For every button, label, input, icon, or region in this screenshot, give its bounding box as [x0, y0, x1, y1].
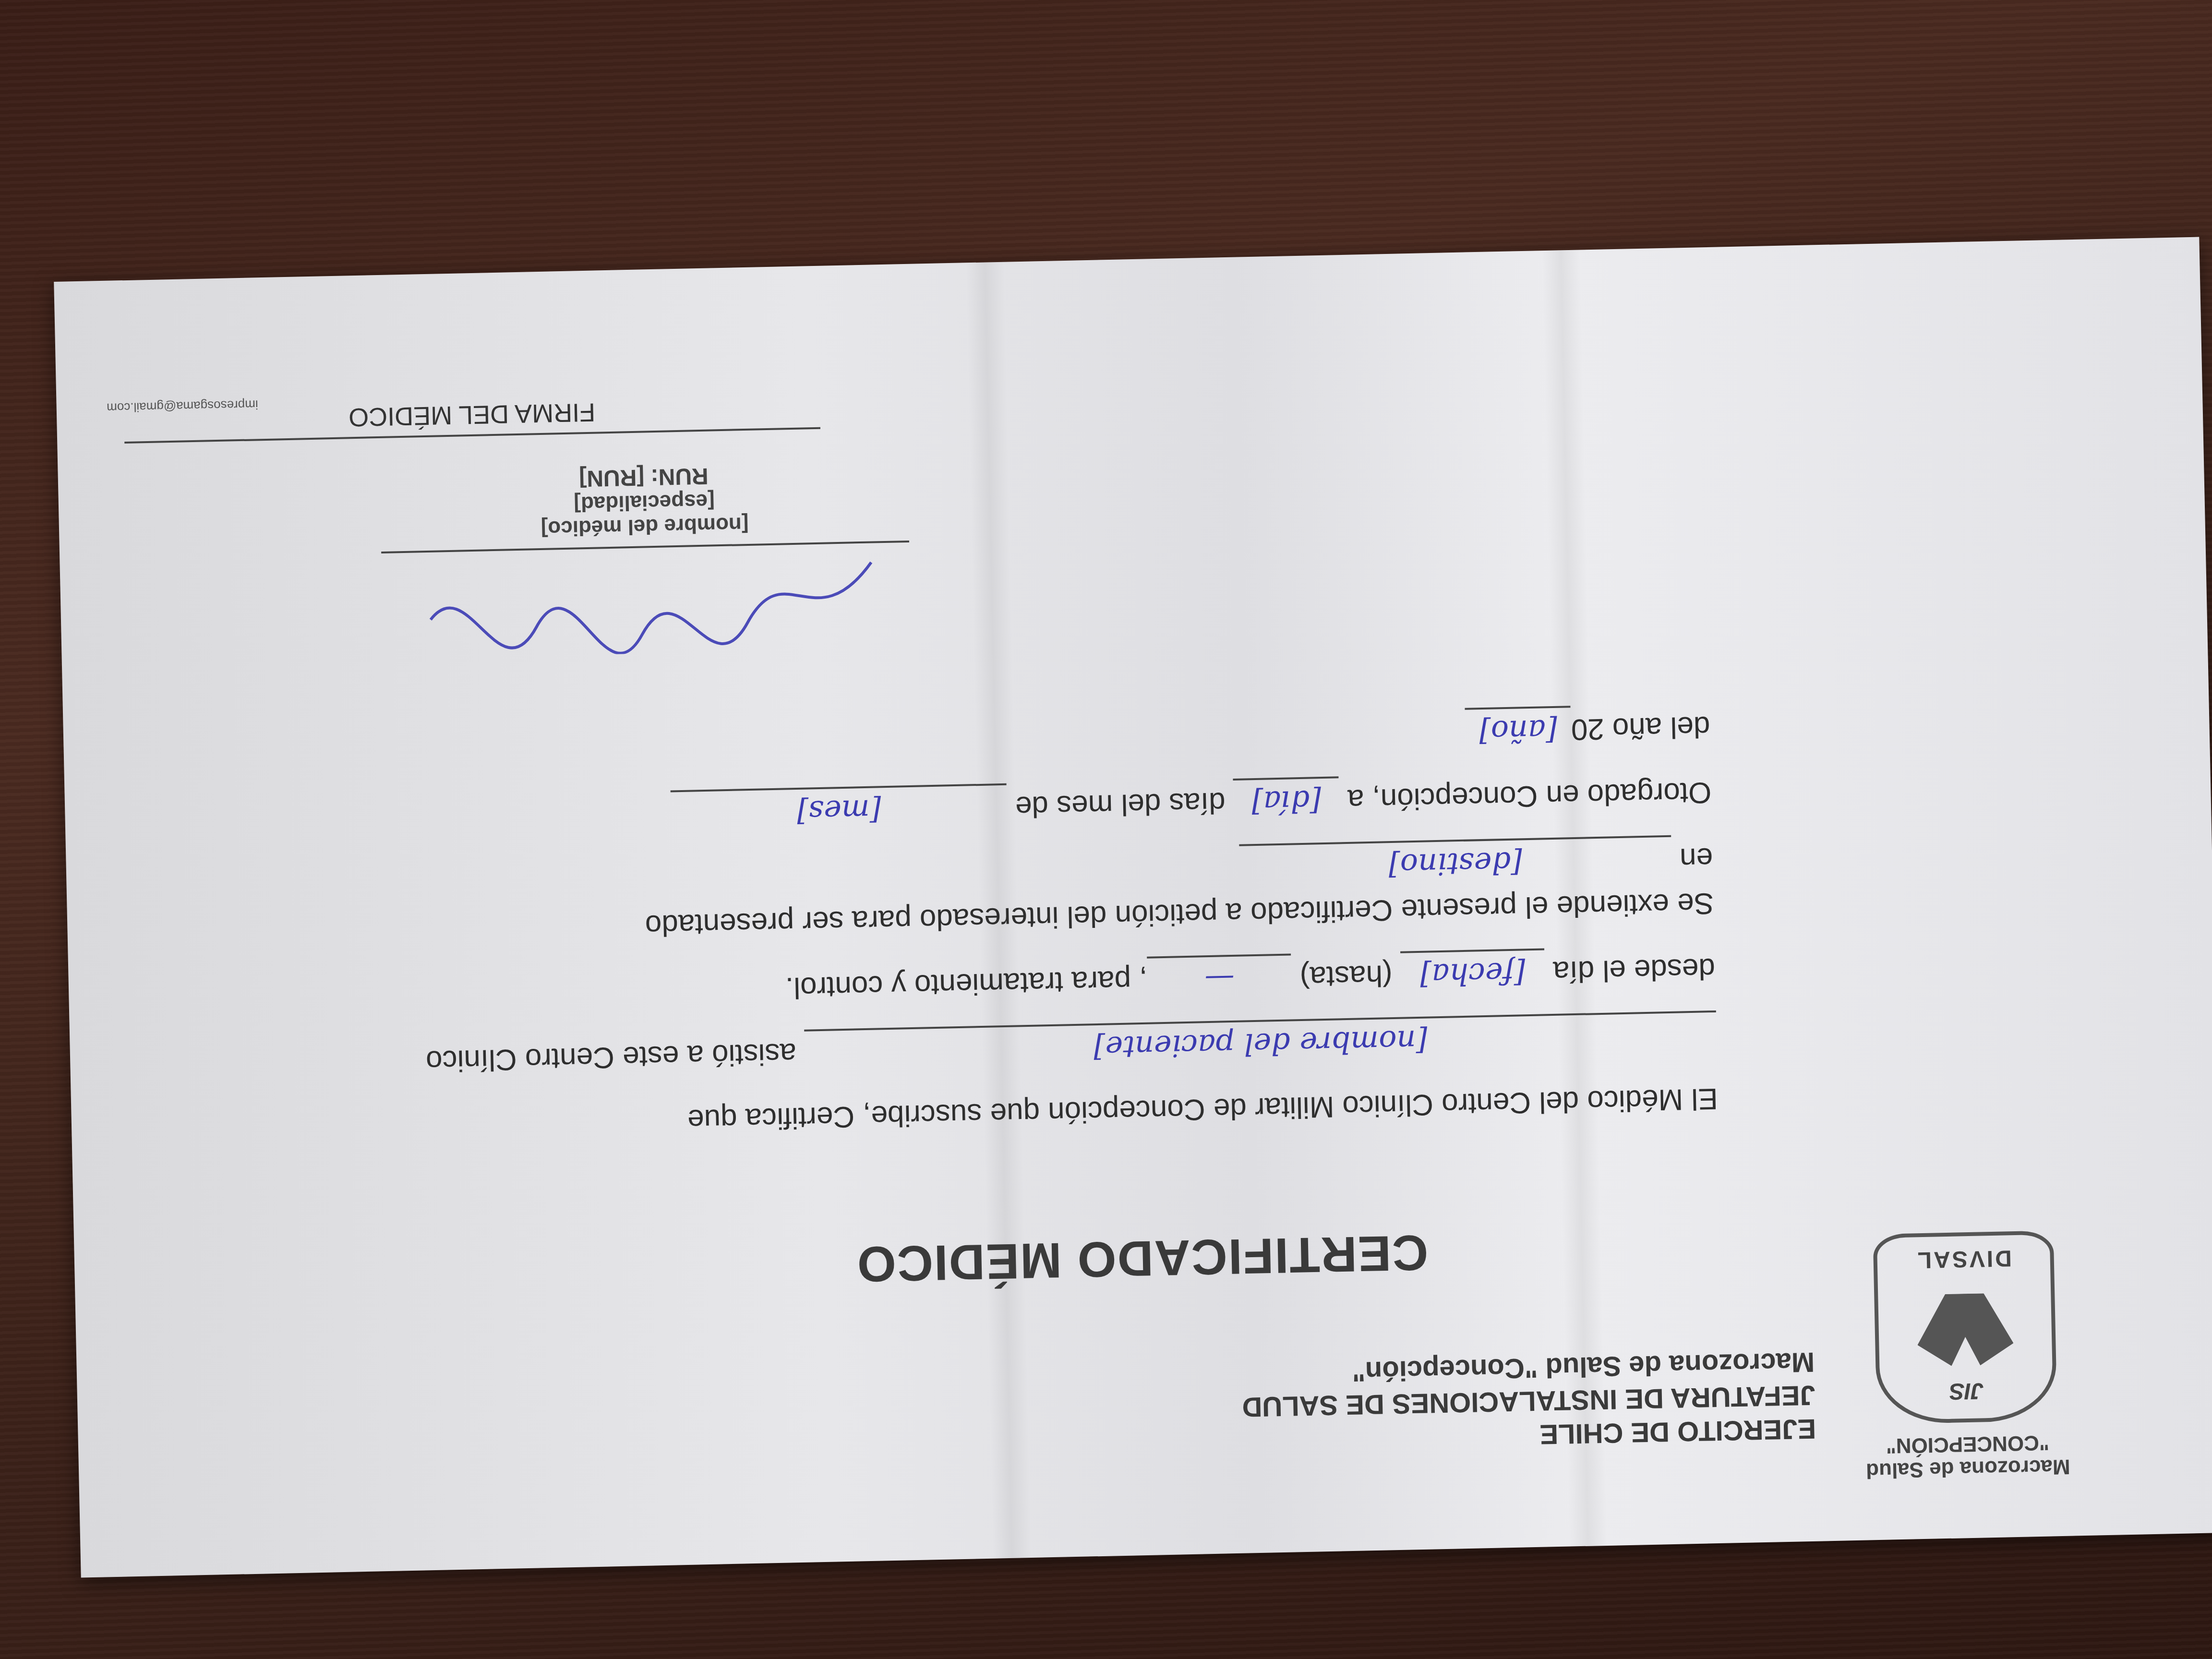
- certificate-content: Macrozona de Salud "CONCEPCIÓN" JIS DIVS…: [54, 237, 2212, 1577]
- certificate-body: El Médico del Centro Clínico Militar de …: [174, 703, 1719, 1153]
- patient-name-field[interactable]: [nombre del paciente]: [804, 1010, 1717, 1076]
- intro-text: El Médico del Centro Clínico Militar de …: [181, 1076, 1718, 1153]
- certificate-paper: Macrozona de Salud "CONCEPCIÓN" JIS DIVS…: [54, 237, 2212, 1577]
- logo-caption-line2: "CONCEPCIÓN": [1854, 1430, 2080, 1458]
- doctor-stamp: [nombre del médico] [especialidad] RUN: …: [380, 458, 912, 659]
- year-label: del año 20: [1571, 710, 1710, 746]
- printer-footer: impresosgama@gmail.com: [107, 397, 258, 415]
- emblem-top-text: JIS: [1880, 1376, 2053, 1406]
- days-of-month-text: días del mes de: [1015, 786, 1226, 823]
- month-field[interactable]: [mes]: [671, 783, 1008, 837]
- shield-icon: JIS DIVSAL: [1873, 1230, 2057, 1424]
- id-label: RUN:: [650, 463, 709, 490]
- from-label: desde el día: [1552, 952, 1715, 988]
- institution-logo: Macrozona de Salud "CONCEPCIÓN" JIS DIVS…: [1850, 1209, 2081, 1483]
- id-value: [RUN]: [579, 464, 645, 491]
- granted-text: Otorgado en Concepción, a: [1347, 776, 1712, 817]
- signature-scribble: [381, 541, 911, 659]
- destination-field[interactable]: [destino]: [1239, 835, 1672, 891]
- emblem-bottom-text: DIVSAL: [1877, 1244, 2050, 1274]
- from-date-field[interactable]: [fecha]: [1400, 948, 1545, 998]
- institution-header: EJERCITO DE CHILE JEFATURA DE INSTALACIO…: [1241, 1345, 1816, 1457]
- in-label: en: [1679, 842, 1713, 875]
- year-field[interactable]: [año]: [1465, 706, 1572, 755]
- document-title: CERTIFICADO MÉDICO: [856, 1224, 1429, 1293]
- day-field[interactable]: [día]: [1233, 776, 1340, 825]
- to-label: (hasta): [1299, 959, 1393, 994]
- attended-text: asistió a este Centro Clínico: [426, 1037, 797, 1078]
- logo-caption-line1: Macrozona de Salud: [1855, 1454, 2081, 1483]
- purpose-text: , para tratamiento y control.: [785, 964, 1148, 1005]
- to-date-field[interactable]: —: [1147, 953, 1292, 1003]
- hands-emblem-icon: [1916, 1293, 2014, 1367]
